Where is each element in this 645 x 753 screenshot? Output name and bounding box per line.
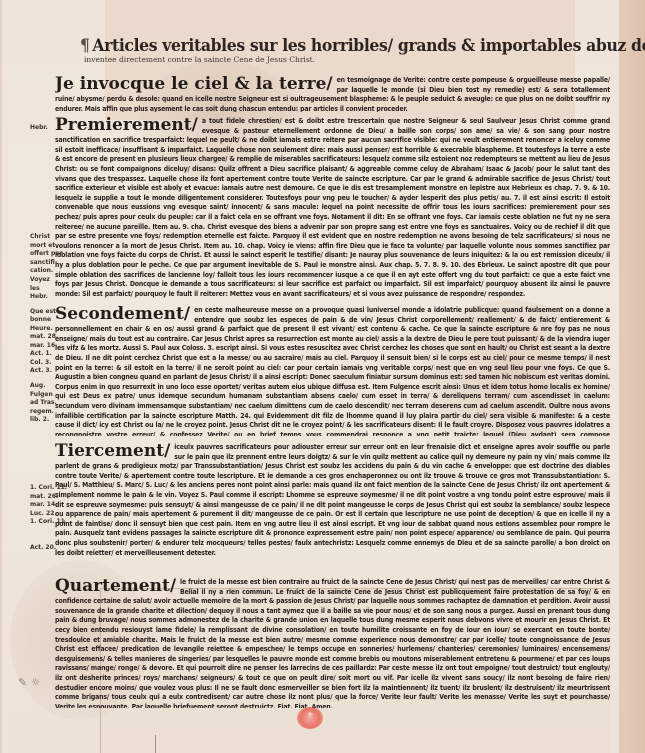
invocation-section: Je invocque le ciel & la terre/ en tesmo… — [55, 76, 610, 112]
section-tiercement: Tiercement/ iceulx pauvres sacrificateur… — [55, 443, 610, 588]
document-title: ¶Articles veritables sur les horribles/ … — [80, 36, 568, 56]
title-text: Articles veritables sur les horribles/ g… — [92, 36, 645, 56]
right-paper-edge — [619, 0, 645, 753]
section-lead: Secondement/ — [55, 306, 190, 323]
marginal-sketch-icon: ✎ ☼ — [18, 676, 41, 689]
invocation-lead: Je invocque le ciel & la terre/ — [55, 76, 333, 93]
pilcrow-icon: ¶ — [80, 36, 90, 56]
patch-edge — [155, 735, 156, 753]
section-quartement: Quartement/ le fruict de la messe est bi… — [55, 578, 610, 708]
section-secondement: Secondement/ en ceste malheureuse messe … — [55, 306, 610, 436]
stamp-emblem-icon: ⚜ — [297, 711, 323, 721]
section-text: a tout fidele chrestien/ est & doibt est… — [55, 117, 610, 299]
section-premierement: Premierement/ a tout fidele chrestien/ e… — [55, 117, 610, 307]
section-text: en ceste malheureuse messe on a provoque… — [55, 306, 610, 436]
section-lead: Quartement/ — [55, 578, 176, 595]
section-text: le fruict de la messe est bien contraire… — [55, 578, 610, 708]
section-lead: Premierement/ — [55, 117, 198, 134]
library-stamp-icon: ⚜ — [297, 707, 323, 729]
document-subtitle: inventee directement contre la saincte C… — [84, 55, 315, 64]
section-lead: Tiercement/ — [55, 443, 170, 460]
